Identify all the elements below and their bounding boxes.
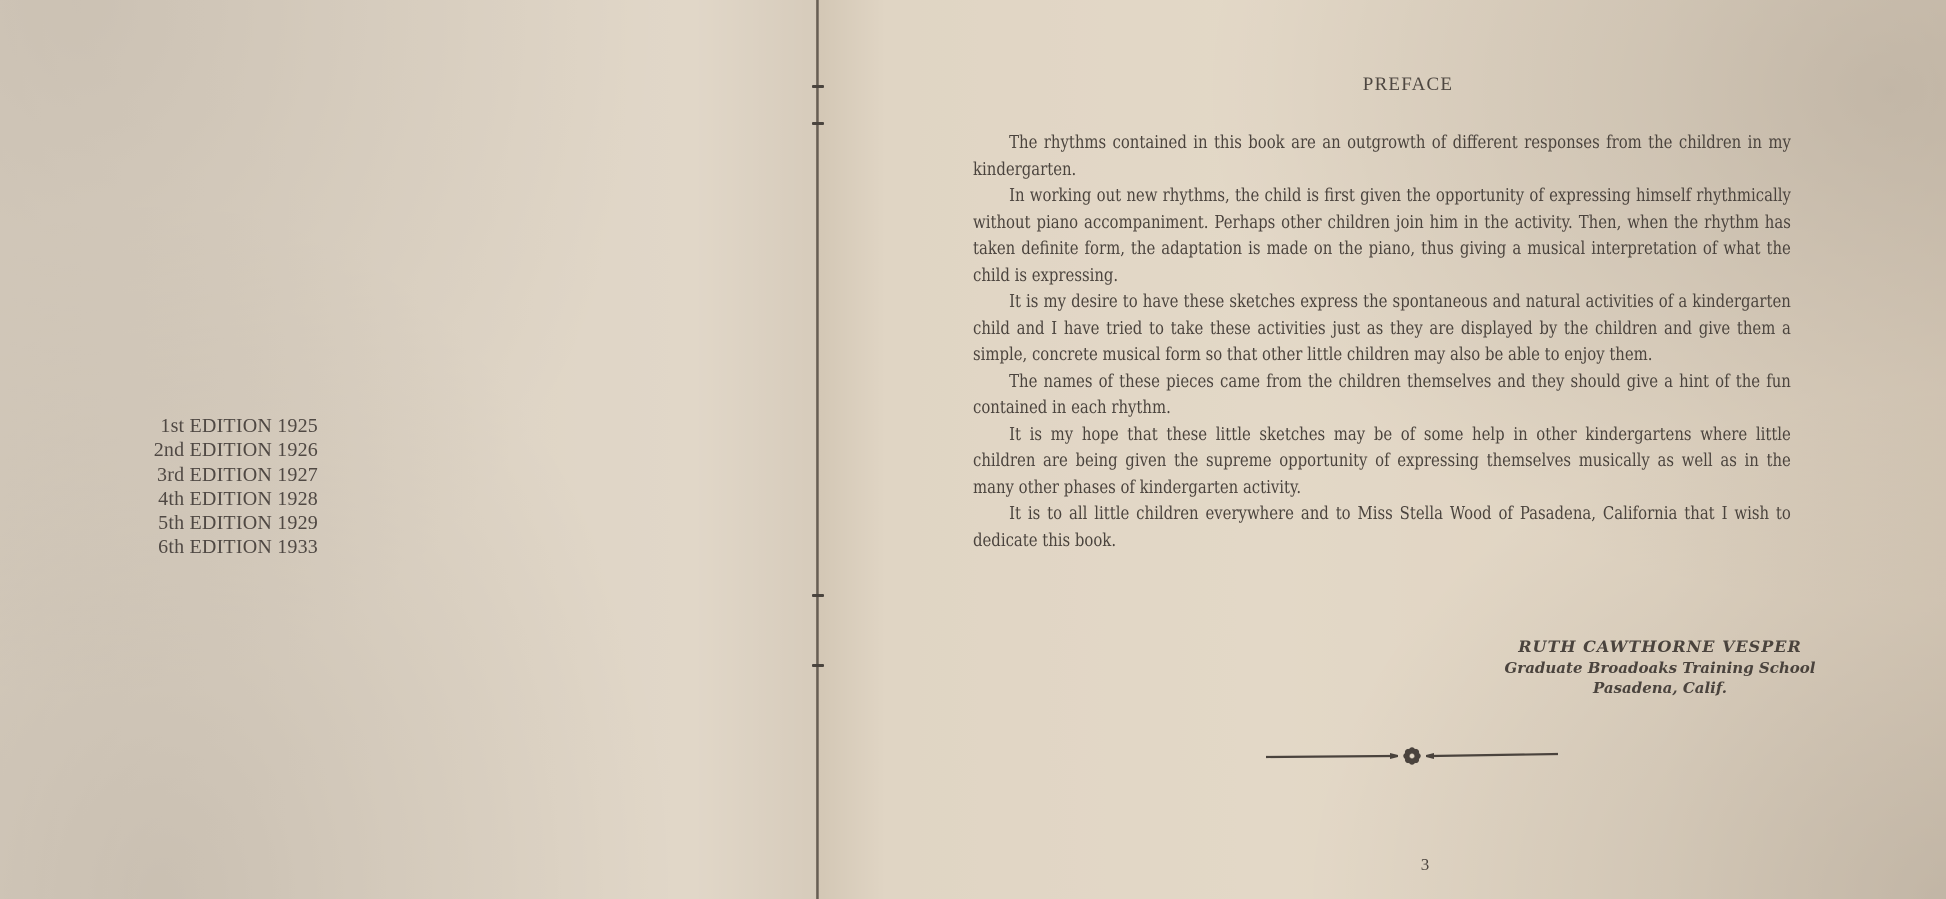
edition-line: 1st EDITION 1925	[118, 414, 318, 438]
paragraph: It is to all little children everywhere …	[973, 501, 1791, 554]
page-number: 3	[1410, 855, 1440, 875]
paragraph: The rhythms contained in this book are a…	[973, 130, 1791, 183]
author-name: RUTH CAWTHORNE VESPER	[1480, 636, 1840, 658]
author-location: Pasadena, Calif.	[1480, 678, 1840, 698]
preface-body: The rhythms contained in this book are a…	[973, 130, 1791, 554]
author-credential: Graduate Broadoaks Training School	[1480, 658, 1840, 678]
edition-line: 4th EDITION 1928	[118, 487, 318, 511]
binding-stitch	[812, 85, 824, 88]
paragraph: It is my hope that these little sketches…	[973, 422, 1791, 502]
binding-stitch	[812, 122, 824, 125]
author-signature: RUTH CAWTHORNE VESPER Graduate Broadoaks…	[1480, 636, 1840, 698]
paragraph: It is my desire to have these sketches e…	[973, 289, 1791, 369]
left-page: 1st EDITION 1925 2nd EDITION 1926 3rd ED…	[0, 0, 818, 899]
book-gutter	[816, 0, 819, 899]
paragraph: In working out new rhythms, the child is…	[973, 183, 1791, 289]
edition-line: 5th EDITION 1929	[118, 511, 318, 535]
binding-stitch	[812, 664, 824, 667]
paragraph: The names of these pieces came from the …	[973, 369, 1791, 422]
page-title: PREFACE	[1318, 74, 1498, 96]
edition-line: 2nd EDITION 1926	[118, 438, 318, 462]
edition-list: 1st EDITION 1925 2nd EDITION 1926 3rd ED…	[118, 414, 318, 560]
book-spread: 1st EDITION 1925 2nd EDITION 1926 3rd ED…	[0, 0, 1946, 899]
binding-stitch	[812, 594, 824, 597]
edition-line: 3rd EDITION 1927	[118, 463, 318, 487]
edition-line: 6th EDITION 1933	[118, 535, 318, 559]
floral-rule-ornament-icon	[1266, 744, 1558, 768]
